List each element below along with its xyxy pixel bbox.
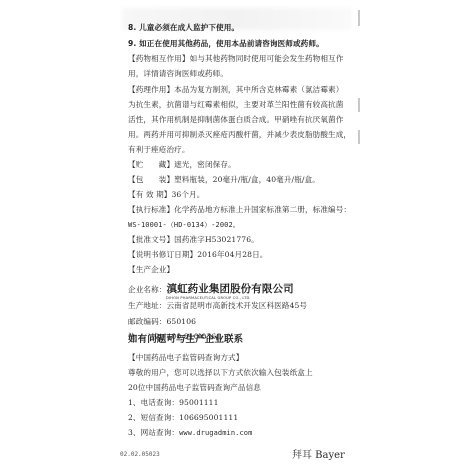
revision-date-label: 【说明书修订日期】	[128, 250, 197, 259]
standard-number: WS-10001-（HD-0134）-2002。	[128, 220, 240, 230]
storage-label: 【贮 藏】	[128, 160, 174, 169]
postcode-label: 邮政编码：	[128, 317, 166, 326]
company-name-row: 企业名称：滇虹药业集团股份有限公司	[128, 282, 294, 297]
package-line: 【包 装】塑料瓶装，20毫升/瓶/盒，40毫升/瓶/盒。	[128, 175, 320, 185]
company-name-cn: 滇虹药业集团股份有限公司	[166, 283, 293, 295]
document-page: 8. 儿童必须在成人监护下使用。 9. 如正在使用其他药品，使用本品前请咨询医师…	[0, 0, 472, 472]
address-label: 生产地址：	[128, 301, 166, 310]
scan-edge-mark	[358, 130, 360, 144]
approval-label: 【批准文号】	[128, 235, 174, 244]
pharmacology-label: 【药理作用】	[128, 85, 174, 94]
standard-label: 【执行标准】	[128, 205, 174, 214]
tracking-label: 【中国药品电子监管码查询方式】	[128, 353, 243, 363]
package-label: 【包 装】	[128, 175, 174, 184]
validity-label: 【有 效 期】	[128, 190, 172, 199]
validity-line: 【有 效 期】36个月。	[128, 190, 204, 200]
brand-logo-text: 拜耳 Bayer	[292, 446, 345, 461]
tracking-method-phone: 1、电话查询：95001111	[128, 398, 219, 408]
precaution-item-8: 8. 儿童必须在成人监护下使用。	[128, 23, 239, 33]
approval-line: 【批准文号】国药准字H53021776。	[128, 235, 259, 245]
scan-edge-mark	[358, 98, 360, 112]
interactions-line-1: 【药物相互作用】如与其他药物同时使用可能会发生药物相互作	[128, 54, 343, 64]
tracking-intro-1: 尊敬的用户，您可以选择以下方式依次输入包装纸盒上	[128, 368, 313, 378]
pharmacology-line-3: 活性，其作用机制是抑制菌体蛋白质合成。甲硝唑有抗厌氧菌作	[128, 115, 343, 125]
pharmacology-line-5: 有利于痤疮治疗。	[128, 145, 190, 155]
precaution-item-9: 9. 如正在使用其他药品，使用本品前请咨询医师或药师。	[128, 39, 324, 49]
document-code: 02.02.05023	[120, 451, 160, 458]
address-row: 生产地址：云南省昆明市高新技术开发区科医路45号	[128, 301, 307, 311]
revision-date-line: 【说明书修订日期】2016年04月28日。	[128, 250, 267, 260]
scan-edge-mark	[358, 10, 360, 26]
storage-line: 【贮 藏】遮光，密闭保存。	[128, 160, 236, 170]
tracking-method-sms: 2、短信查询：106695001111	[128, 413, 238, 423]
standard-line: 【执行标准】化学药品地方标准上升国家标准第二册，标准编号：	[128, 205, 351, 215]
tracking-intro-2: 20位中国药品电子监管码查询产品信息	[128, 383, 261, 393]
postcode-row: 邮政编码：650106	[128, 317, 196, 327]
manufacturer-label: 【生产企业】	[128, 265, 174, 275]
pharmacology-line-2: 为抗生素，抗菌谱与红霉素相似，主要对革兰阳性菌有较高抗菌	[128, 100, 343, 110]
company-name-label: 企业名称：	[128, 285, 166, 294]
tracking-method-website: 3、网站查询：www.drugadmin.com	[128, 428, 252, 438]
contact-heading: 如有问题可与生产企业联系	[128, 335, 243, 345]
pharmacology-line-1: 【药理作用】本品为复方制剂，其中所含克林霉素（氯洁霉素）	[128, 85, 343, 95]
interactions-line-2: 用，详情请咨询医师或药师。	[128, 69, 228, 79]
interactions-label: 【药物相互作用】	[128, 54, 190, 63]
pharmacology-line-4: 用。两药并用可抑制杀灭痤疮丙酸杆菌，并减少表皮脂肪酸生成，	[128, 130, 351, 140]
